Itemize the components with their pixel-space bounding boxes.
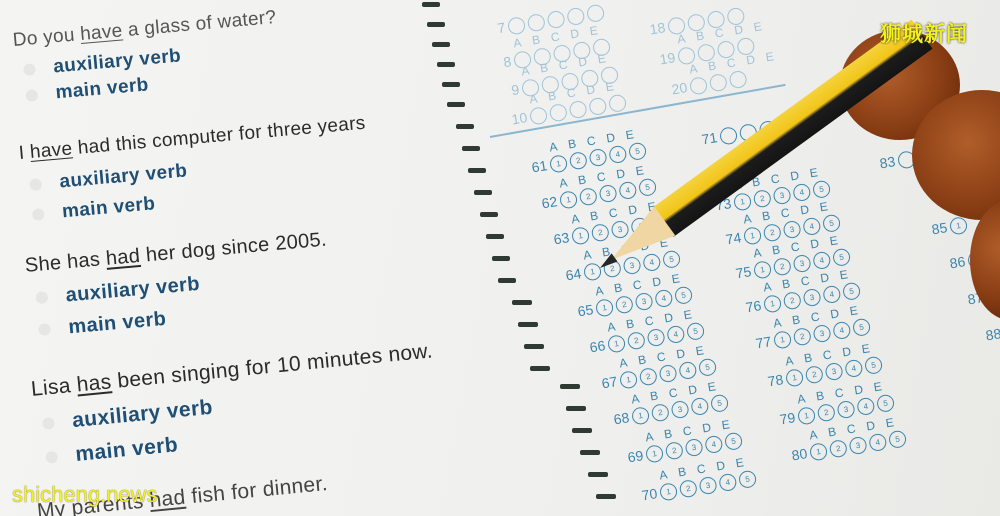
bubble[interactable]: 4 (678, 361, 697, 380)
bubble[interactable]: 5 (852, 317, 871, 336)
bubble[interactable] (527, 13, 546, 32)
bubble[interactable]: 4 (666, 325, 685, 344)
bubble[interactable]: 1 (559, 190, 578, 209)
bubble[interactable]: 1 (631, 406, 650, 425)
answer-row-85: 851 (922, 215, 971, 240)
bubble[interactable]: 4 (608, 145, 627, 164)
bubble[interactable]: 3 (824, 362, 843, 381)
bubble[interactable]: 3 (634, 292, 653, 311)
bubble[interactable]: 2 (773, 257, 792, 276)
bubble[interactable]: 3 (588, 148, 607, 167)
bubble[interactable]: 3 (848, 436, 867, 455)
bubble[interactable]: 2 (579, 187, 598, 206)
answer-row-88: 88 (976, 324, 1000, 345)
bubble[interactable]: 5 (638, 177, 657, 196)
bubble[interactable]: 4 (822, 285, 841, 304)
watermark-chinese: 狮城新闻 (880, 18, 968, 48)
bubble[interactable]: 1 (549, 154, 568, 173)
answer-row-80: 80ABCDE12345 (782, 428, 910, 465)
bubble[interactable]: 5 (888, 429, 907, 448)
bubble[interactable]: 2 (829, 439, 848, 458)
bubble[interactable]: 1 (797, 406, 816, 425)
bubble[interactable]: 5 (698, 357, 717, 376)
timing-mark (432, 42, 450, 47)
bubble[interactable]: 3 (658, 364, 677, 383)
bubble[interactable]: 2 (817, 403, 836, 422)
bubble[interactable]: 3 (684, 438, 703, 457)
bubble[interactable]: 4 (832, 321, 851, 340)
bubble[interactable]: 2 (639, 367, 658, 386)
bubble[interactable]: 2 (651, 403, 670, 422)
bubble[interactable]: 3 (792, 254, 811, 273)
bubble[interactable]: 3 (812, 324, 831, 343)
bubble[interactable]: 2 (679, 479, 698, 498)
bubble[interactable]: 5 (864, 355, 883, 374)
bubble[interactable]: 2 (665, 441, 684, 460)
bubble[interactable]: 5 (710, 393, 729, 412)
bubble[interactable] (689, 76, 708, 95)
bubble[interactable]: 3 (698, 476, 717, 495)
bubble[interactable]: 4 (704, 435, 723, 454)
bubble[interactable]: 4 (618, 181, 637, 200)
bubble[interactable] (529, 106, 548, 125)
bubble[interactable]: 5 (686, 321, 705, 340)
bubble[interactable]: 4 (718, 473, 737, 492)
bubble[interactable]: 4 (856, 397, 875, 416)
bubble[interactable]: 1 (571, 226, 590, 245)
bubble[interactable]: 3 (782, 220, 801, 239)
bubble[interactable]: 2 (805, 365, 824, 384)
bubble[interactable] (719, 126, 738, 145)
bubble[interactable]: 2 (569, 151, 588, 170)
bubble[interactable]: 5 (724, 431, 743, 450)
bubble[interactable]: 4 (844, 359, 863, 378)
bubble[interactable]: 1 (619, 370, 638, 389)
timing-mark (442, 82, 460, 87)
bubble[interactable]: 3 (802, 288, 821, 307)
bubble[interactable]: 4 (802, 217, 821, 236)
bubble[interactable]: 1 (743, 226, 762, 245)
bubble[interactable]: 3 (772, 186, 791, 205)
watermark-english: shicheng.news (12, 482, 158, 508)
bubble[interactable]: 5 (822, 213, 841, 232)
bubble[interactable]: 5 (674, 285, 693, 304)
bubble[interactable]: 1 (763, 294, 782, 313)
bubble[interactable] (709, 73, 728, 92)
bubble[interactable]: 1 (659, 482, 678, 501)
bubble[interactable]: 2 (615, 295, 634, 314)
bubble[interactable]: 1 (773, 330, 792, 349)
bubble[interactable] (728, 70, 747, 89)
bubble[interactable]: 4 (792, 183, 811, 202)
bubble[interactable]: 1 (607, 334, 626, 353)
bubble[interactable] (568, 100, 587, 119)
bubble[interactable]: 2 (783, 291, 802, 310)
bubble[interactable]: 3 (598, 184, 617, 203)
timing-mark (427, 22, 445, 27)
bubble[interactable]: 1 (809, 442, 828, 461)
bubble[interactable]: 1 (733, 192, 752, 211)
bubble[interactable]: 1 (753, 260, 772, 279)
timing-mark (422, 2, 440, 7)
bubble[interactable]: 5 (628, 141, 647, 160)
bubble[interactable]: 1 (595, 298, 614, 317)
bubble[interactable]: 1 (785, 368, 804, 387)
bubble[interactable] (546, 10, 565, 29)
bubble[interactable]: 1 (949, 216, 968, 235)
bubble[interactable] (586, 3, 605, 22)
bubble[interactable]: 2 (763, 223, 782, 242)
bubble[interactable] (608, 93, 627, 112)
bubble[interactable]: 1 (645, 444, 664, 463)
bubble[interactable]: 4 (654, 289, 673, 308)
bubble[interactable]: 2 (793, 327, 812, 346)
answer-row-20: 20ABCDE (662, 68, 751, 99)
bubble[interactable] (549, 103, 568, 122)
bubble[interactable]: 4 (868, 433, 887, 452)
bubble[interactable]: 3 (646, 328, 665, 347)
bubble[interactable]: 5 (832, 247, 851, 266)
bubble[interactable] (566, 7, 585, 26)
bubble[interactable]: 5 (738, 469, 757, 488)
bubble[interactable]: 3 (670, 400, 689, 419)
bubble[interactable]: 5 (662, 249, 681, 268)
answer-row-70: 70ABCDE12345 (632, 468, 760, 505)
bubble[interactable]: 2 (627, 331, 646, 350)
timing-mark (447, 102, 465, 107)
bubble[interactable]: 4 (812, 251, 831, 270)
bubble[interactable]: 2 (753, 189, 772, 208)
bubble[interactable]: 4 (690, 397, 709, 416)
bubble[interactable] (588, 97, 607, 116)
bubble[interactable]: 5 (876, 393, 895, 412)
bubble[interactable]: 5 (812, 179, 831, 198)
bubble[interactable]: 3 (836, 400, 855, 419)
bubble[interactable]: 5 (842, 281, 861, 300)
timing-mark (437, 62, 455, 67)
bubble[interactable] (507, 16, 526, 35)
photo-scene: Do you have a glass of water? auxiliary … (0, 0, 1000, 516)
